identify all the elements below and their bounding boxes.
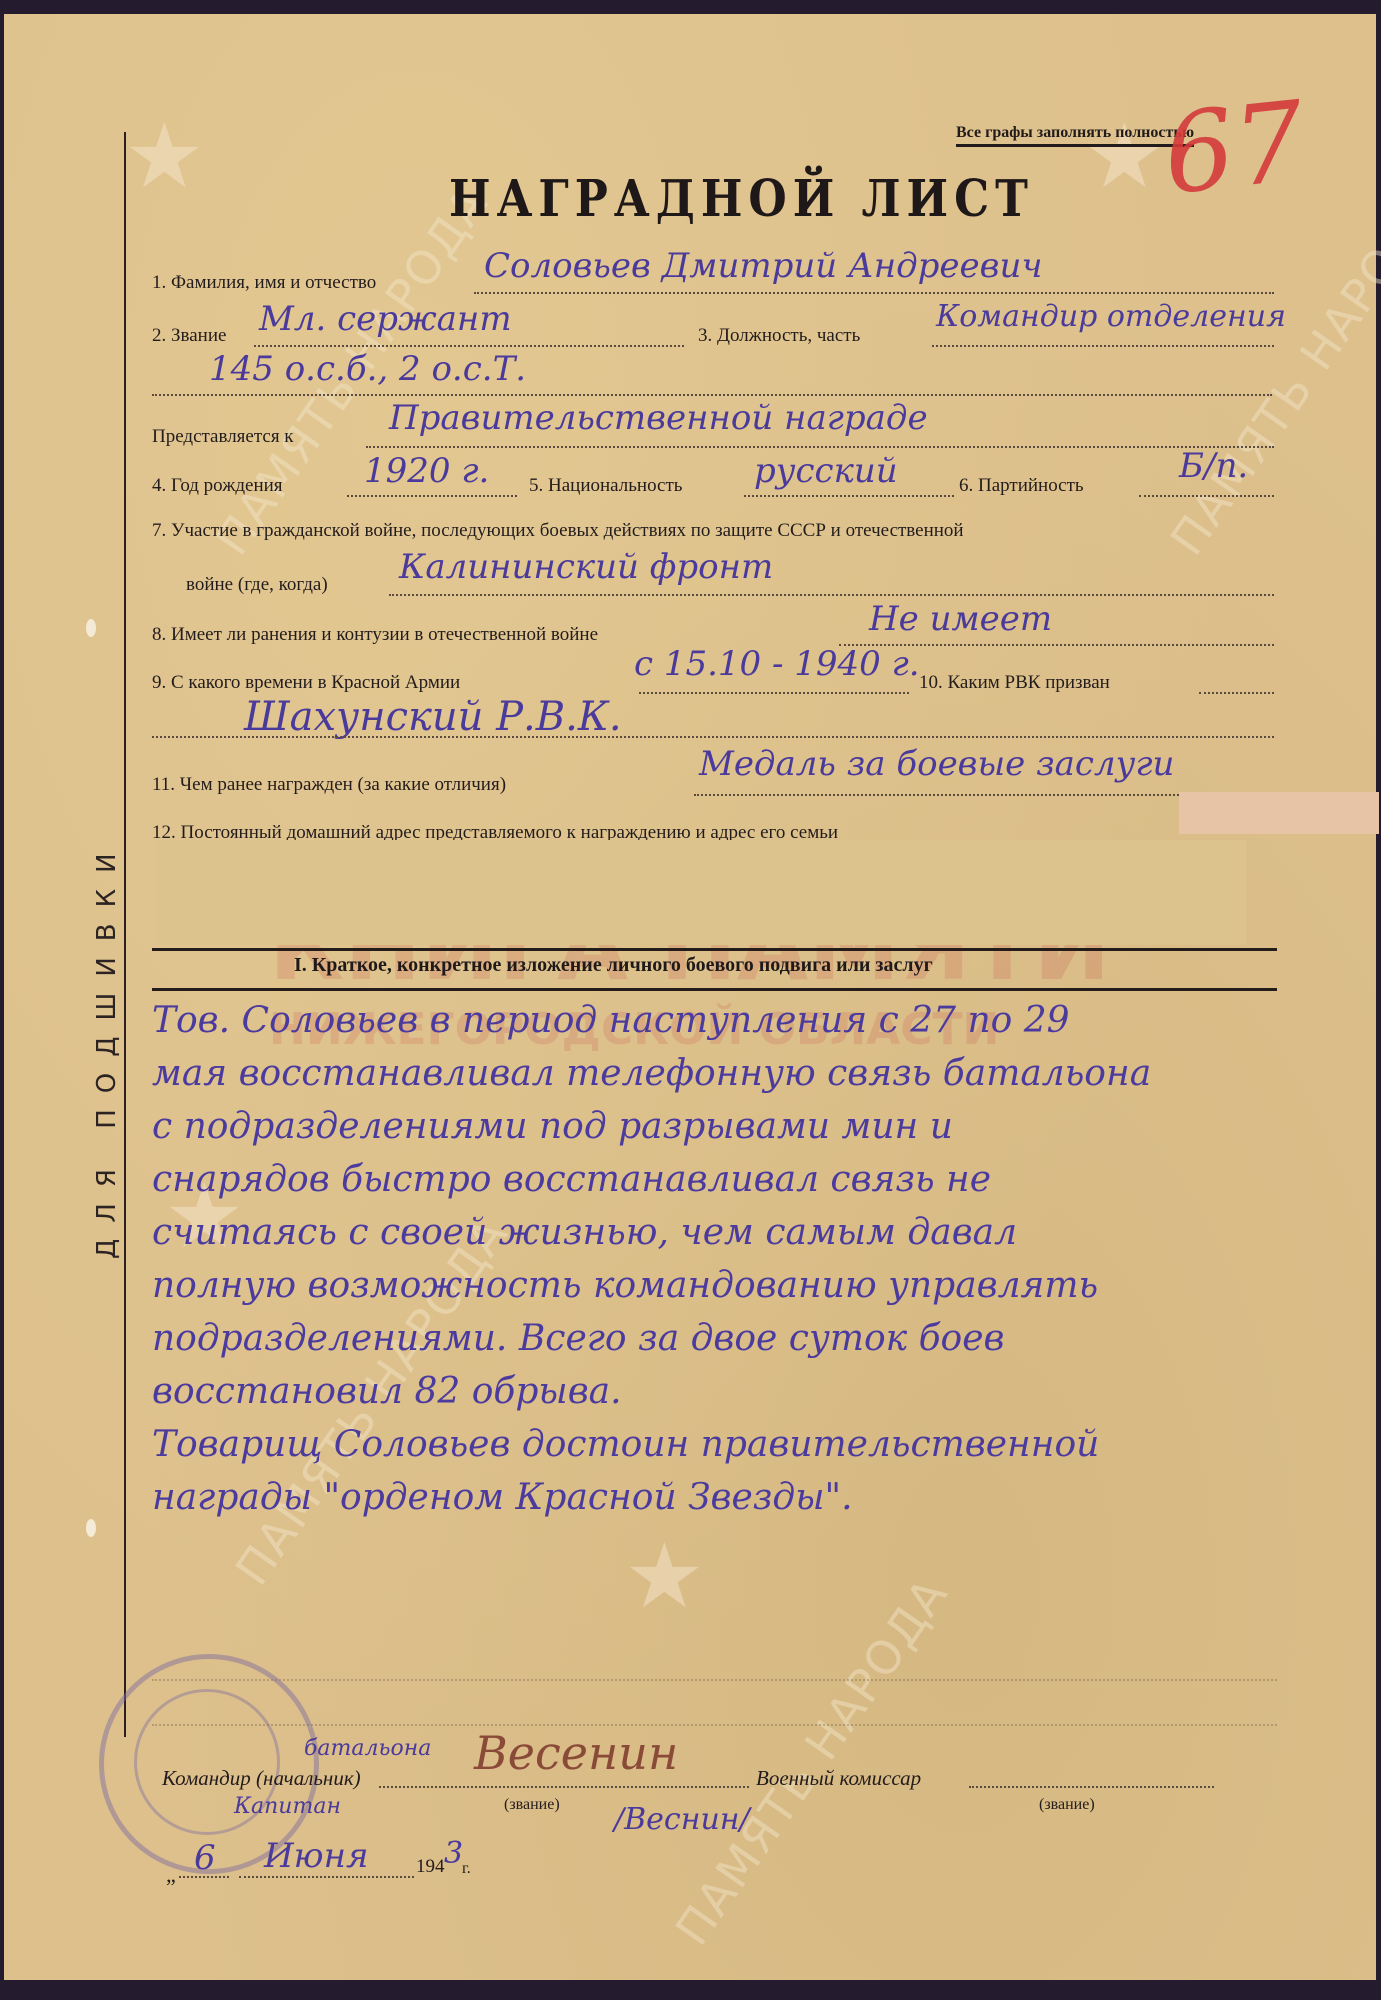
field-presented-label: Представляется к (152, 426, 294, 448)
date-month: Июня (264, 1836, 369, 1876)
field-nationality-label: 5. Национальность (529, 475, 682, 497)
page-title: НАГРАДНОЙ ЛИСТ (449, 170, 1034, 229)
field-party-label: 6. Партийность (959, 475, 1084, 497)
field-position-line-2 (152, 394, 1272, 396)
commissar-rank-label: (звание) (1039, 1796, 1095, 1814)
instruction-note: Все графы заполнять полностью (956, 124, 1194, 147)
narrative-line: считаясь с своей жизнью, чем самым давал (152, 1206, 1372, 1259)
commander-signature-line (379, 1786, 749, 1788)
narrative-line: Товарищ Соловьев достоин правительственн… (152, 1418, 1372, 1471)
date-year-prefix: 194 (416, 1856, 445, 1878)
narrative-text: Тов. Соловьев в период наступления с 27 … (152, 994, 1372, 1524)
commissar-signature-line (969, 1786, 1214, 1788)
watermark-site-top-right: ПАМЯТЬ НАРОДА (1160, 177, 1381, 565)
date-open-quote: „ (166, 1862, 176, 1888)
commander-label: Командир (начальник) (162, 1766, 361, 1791)
watermark-star-icon: ★ (624, 1524, 705, 1629)
field-name-label: 1. Фамилия, имя и отчество (152, 272, 376, 294)
field-position-value: Командир отделения (936, 299, 1286, 334)
field-rank-line (254, 345, 684, 347)
field-army-since-line (639, 692, 909, 694)
field-presented-line (366, 446, 1274, 448)
redacted-address-block (156, 840, 1246, 945)
commander-unit: батальона (304, 1736, 431, 1761)
field-conscription-label: 10. Каким РВК призван (919, 672, 1110, 694)
field-name-line (474, 292, 1274, 294)
date-year-suffix: 3 (444, 1836, 463, 1871)
field-war-participation-label-1: 7. Участие в гражданской войне, последую… (152, 520, 964, 542)
watermark-star-icon: ★ (1084, 104, 1165, 209)
field-prior-awards-label: 11. Чем ранее награжден (за какие отличи… (152, 774, 506, 796)
narrative-line: полную возможность командованию управлят… (152, 1259, 1372, 1312)
commissar-name: /Веснин/ (614, 1802, 750, 1837)
field-birth-year-value: 1920 г. (364, 451, 489, 491)
section-title: I. Краткое, конкретное изложение личного… (294, 954, 933, 977)
field-party-line (1139, 495, 1274, 497)
field-rank-label: 2. Звание (152, 325, 226, 347)
field-birth-year-line (347, 495, 517, 497)
field-nationality-line (744, 495, 954, 497)
section-top-rule (152, 948, 1277, 951)
field-army-since-value: с 15.10 - 1940 г. (634, 644, 920, 684)
narrative-line: награды "орденом Красной Звезды". (152, 1471, 1372, 1524)
field-nationality-value: русский (754, 451, 898, 491)
field-conscription-value: Шахунский Р.В.К. (244, 694, 622, 740)
field-army-since-label: 9. С какого времени в Красной Армии (152, 672, 460, 694)
punch-hole (86, 619, 96, 637)
binding-label: ДЛЯ ПОДШИВКИ (92, 837, 122, 1259)
field-conscription-line (1199, 692, 1274, 694)
award-sheet-paper: ★ ПАМЯТЬ НАРОДА ★ ПАМЯТЬ НАРОДА ★ ПАМЯТЬ… (4, 14, 1376, 1980)
field-position-label: 3. Должность, часть (698, 325, 860, 347)
blank-line (152, 1679, 1277, 1681)
field-birth-year-label: 4. Год рождения (152, 475, 283, 497)
redacted-address-tag (1179, 792, 1379, 834)
field-war-participation-line (389, 594, 1274, 596)
field-position-line (932, 345, 1274, 347)
field-war-participation-value: Калининский фронт (399, 547, 773, 587)
binding-margin-line (124, 132, 126, 1737)
field-position-value-continued: 145 о.с.б., 2 о.с.Т. (209, 349, 526, 389)
narrative-line: с подразделениями под разрывами мин и (152, 1100, 1372, 1153)
field-wounds-label: 8. Имеет ли ранения и контузии в отечест… (152, 624, 598, 646)
watermark-site-center: ПАМЯТЬ НАРОДА (665, 1567, 959, 1955)
date-month-line (239, 1876, 414, 1878)
narrative-line: мая восстанавливал телефонную связь бата… (152, 1047, 1372, 1100)
commander-rank-label: (звание) (504, 1796, 560, 1814)
field-name-value: Соловьев Дмитрий Андреевич (484, 246, 1043, 286)
field-wounds-value: Не имеет (869, 599, 1052, 639)
section-bottom-rule (152, 988, 1277, 991)
archive-number: 67 (1158, 77, 1311, 219)
date-day: 6 (194, 1838, 216, 1878)
commander-rank: Капитан (234, 1794, 341, 1819)
narrative-line: восстановил 82 обрыва. (152, 1365, 1372, 1418)
blank-line (152, 1724, 1277, 1726)
commander-signature: Весенин (474, 1726, 678, 1780)
field-rank-value: Мл. сержант (259, 299, 512, 339)
narrative-line: снарядов быстро восстанавливал связь не (152, 1153, 1372, 1206)
narrative-line: подразделениями. Всего за двое суток бое… (152, 1312, 1372, 1365)
narrative-line: Тов. Соловьев в период наступления с 27 … (152, 994, 1372, 1047)
punch-hole (86, 1519, 96, 1537)
field-party-value: Б/п. (1179, 446, 1248, 486)
field-war-participation-label-2: войне (где, когда) (186, 574, 328, 596)
field-presented-value: Правительственной награде (389, 398, 928, 438)
field-prior-awards-value: Медаль за боевые заслуги (699, 744, 1174, 784)
field-conscription-line-2 (152, 736, 1274, 738)
date-year-abbr: г. (462, 1860, 471, 1878)
watermark-star-icon: ★ (124, 104, 205, 209)
commissar-label: Военный комиссар (756, 1766, 921, 1791)
